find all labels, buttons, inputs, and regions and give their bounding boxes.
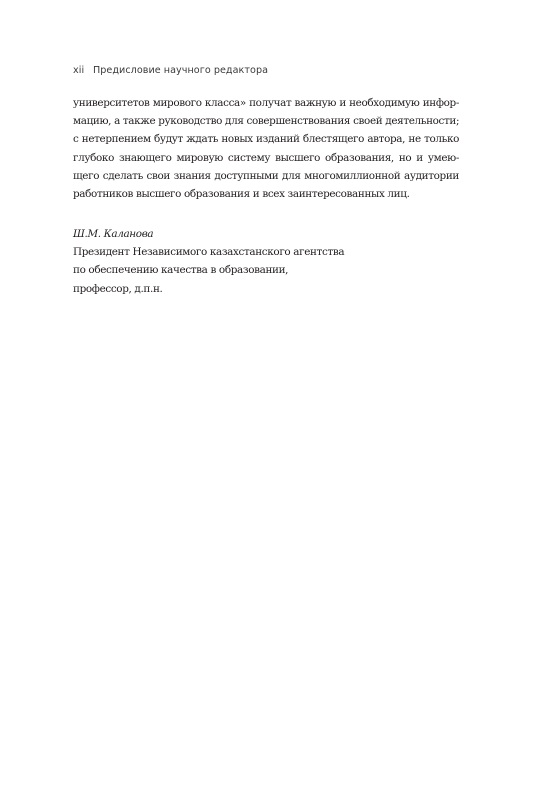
signatory-credentials: профессор, д.п.н.	[73, 280, 344, 298]
body-paragraph: университетов мирового класса» получат в…	[73, 94, 459, 203]
body-line: университетов мирового класса» получат в…	[73, 94, 459, 112]
body-line: с нетерпением будут ждать новых изданий …	[73, 130, 459, 148]
signature-block: Ш.М. Каланова Президент Независимого каз…	[73, 225, 344, 298]
running-head: xiiПредисловие научного редактора	[73, 65, 268, 76]
page-number: xii	[73, 65, 93, 76]
signatory-title: Президент Независимого казахстанского аг…	[73, 243, 344, 261]
body-line: щего сделать свои знания доступными для …	[73, 167, 459, 185]
body-line: работников высшего образования и всех за…	[73, 185, 459, 203]
body-line: мацию, а также руководство для совершенс…	[73, 112, 459, 130]
signatory-name: Ш.М. Каланова	[73, 225, 344, 243]
signatory-title: по обеспечению качества в образовании,	[73, 261, 344, 279]
body-line: глубоко знающего мировую систему высшего…	[73, 149, 459, 167]
running-head-title: Предисловие научного редактора	[93, 65, 268, 76]
